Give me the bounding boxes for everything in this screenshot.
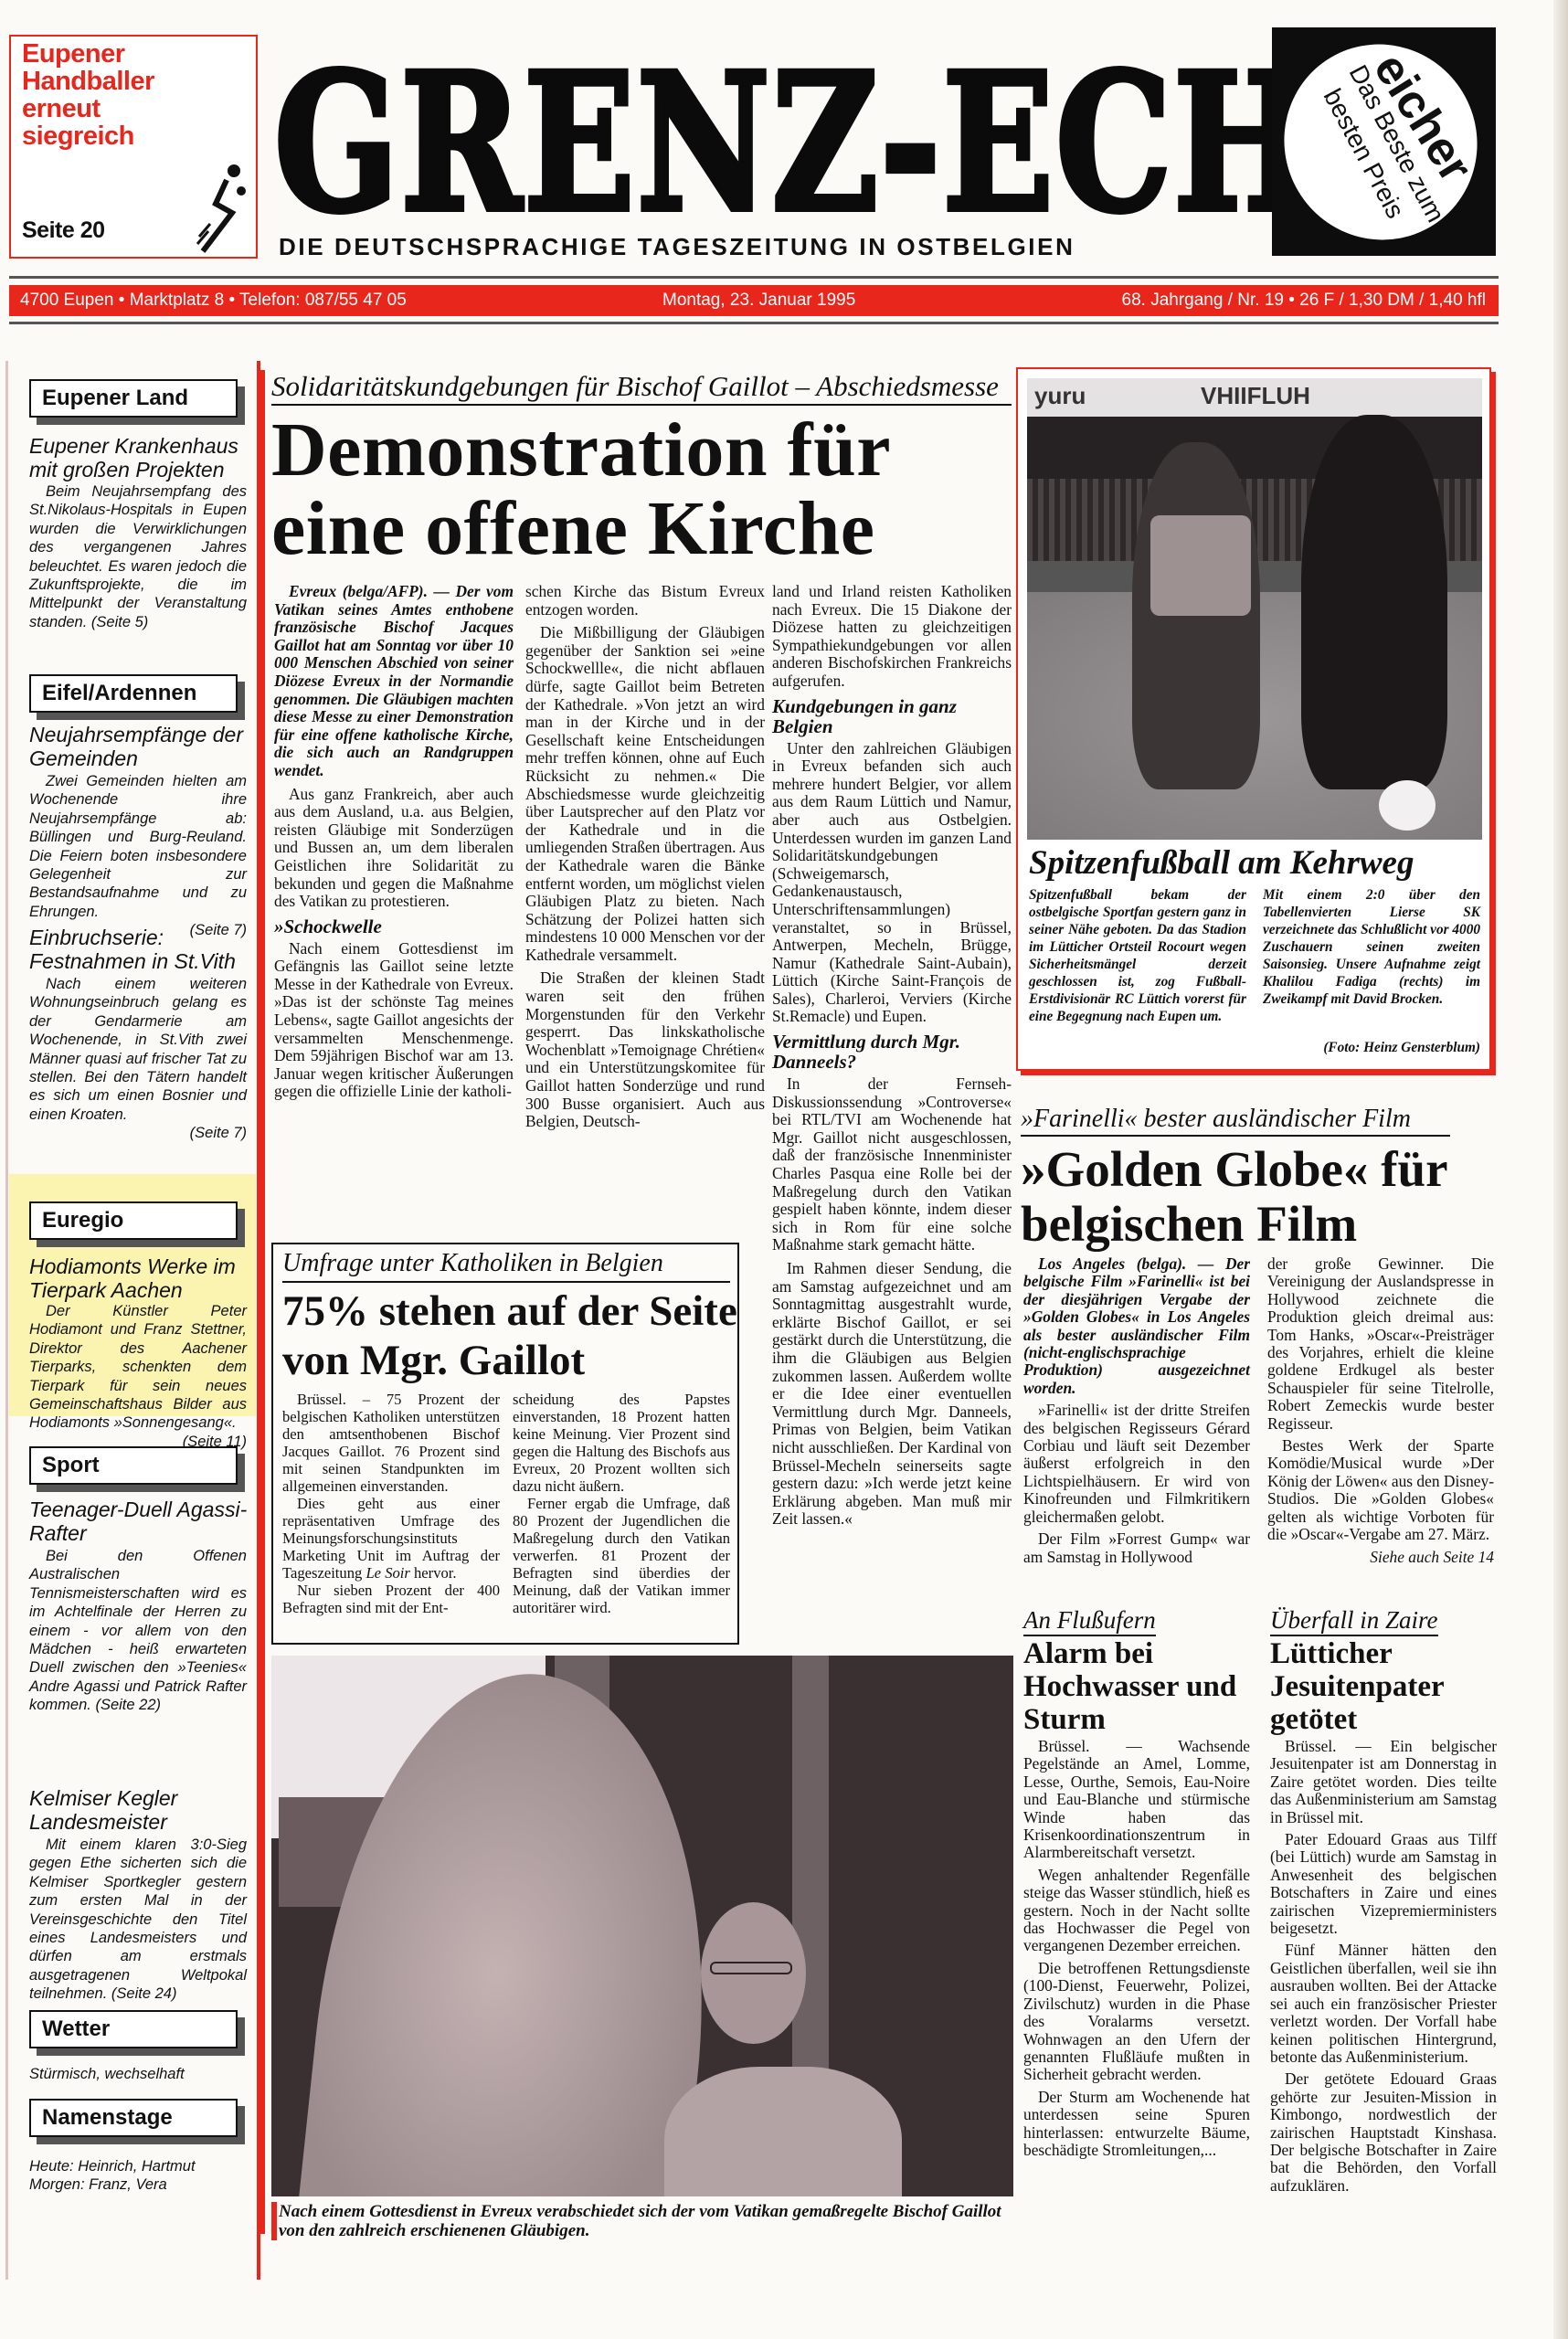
- sidebar-body-text: Zwei Gemeinden hielten am Wochenende ihr…: [29, 773, 247, 920]
- poll-column-1: Brüssel. – 75 Prozent der belgischen Kat…: [282, 1391, 500, 1616]
- sidebar-body-text: Mit einem klaren 3:0-Sieg gegen Ethe sic…: [29, 1836, 247, 2002]
- body-paragraph: Aus ganz Frankreich, aber auch aus dem A…: [274, 786, 514, 911]
- lead-paragraph: Los Angeles (belga). — Der belgische Fil…: [1023, 1255, 1250, 1397]
- body-paragraph: land und Irland reisten Katholiken nach …: [772, 583, 1012, 691]
- teaser-line: Handballer: [22, 68, 205, 95]
- banner-text: VHIIFLUH: [1201, 382, 1310, 410]
- body-paragraph: der große Gewinner. Die Vereinigung der …: [1267, 1255, 1494, 1433]
- poll-story-box: Umfrage unter Katholiken in Belgien 75% …: [271, 1243, 739, 1645]
- teaser-line: Eupener: [22, 40, 205, 68]
- body-paragraph: Im Rahmen dieser Sendung, die am Samstag…: [772, 1260, 1012, 1529]
- photo-credit: (Foto: Heinz Gensterblum): [1263, 1039, 1480, 1056]
- teaser-line: siegreich: [22, 122, 205, 150]
- body-paragraph: Brüssel. — Wachsende Pegelstände an Amel…: [1023, 1738, 1250, 1862]
- issue-date: Montag, 23. Januar 1995: [662, 285, 855, 316]
- handball-teaser-box[interactable]: Eupener Handballer erneut siegreich Seit…: [9, 35, 258, 259]
- divider: [5, 361, 8, 2280]
- sidebar-body: Der Künstler Peter Hodiamont und Franz S…: [29, 1302, 247, 1451]
- body-paragraph: Fünf Männer hätten den Geistlichen überf…: [1270, 1942, 1497, 2066]
- name-day-tomorrow: Morgen: Franz, Vera: [29, 2175, 247, 2194]
- tagline: DIE DEUTSCHSPRACHIGE TAGESZEITUNG IN OST…: [279, 233, 1075, 261]
- photo-caption: Nach einem Gottesdienst in Evreux verabs…: [271, 2202, 1016, 2240]
- body-paragraph: Der Film »Forrest Gump« war am Samstag i…: [1023, 1530, 1250, 1566]
- body-paragraph: Dies geht aus einer repräsentativen Umfr…: [282, 1495, 500, 1582]
- teaser-headline: Eupener Handballer erneut siegreich: [22, 40, 205, 150]
- photo-football: [1379, 780, 1436, 831]
- body-paragraph: Die Straßen der kleinen Stadt waren seit…: [525, 969, 765, 1130]
- lead-paragraph: Evreux (belga/AFP). — Der vom Vatikan se…: [274, 583, 514, 780]
- sidebar-body: Zwei Gemeinden hielten am Wochenende ihr…: [29, 772, 247, 940]
- sidebar-body-text: Beim Neujahrsempfang des St.Nikolaus-Hos…: [29, 483, 247, 630]
- section-eifel-ardennen[interactable]: Eifel/Ardennen: [29, 674, 238, 713]
- photo-banner: yuru VHIIFLUH: [1027, 378, 1482, 417]
- flood-kicker: An Flußufern: [1023, 1605, 1156, 1636]
- body-paragraph: schen Kirche das Bistum Evreux entzogen …: [525, 583, 765, 619]
- section-eupener-land[interactable]: Eupener Land: [29, 379, 238, 418]
- sidebar-body: Bei den Offenen Australischen Tennismeis…: [29, 1547, 247, 1715]
- newspaper-name: Le Soir: [366, 1564, 409, 1582]
- subheading: »Schockwelle: [274, 916, 514, 937]
- poll-kicker: Umfrage unter Katholiken in Belgien: [282, 1246, 730, 1283]
- film-column-2: der große Gewinner. Die Vereinigung der …: [1267, 1255, 1494, 1571]
- body-paragraph: Bestes Werk der Sparte Komödie/Musical w…: [1267, 1437, 1494, 1543]
- zaire-headline[interactable]: Lütticher Jesuitenpater getötet: [1270, 1637, 1508, 1736]
- sidebar-headline[interactable]: Teenager-Duell Agassi-Rafter: [29, 1498, 249, 1545]
- zaire-kicker: Überfall in Zaire: [1270, 1605, 1438, 1636]
- sidebar-headline[interactable]: Eupener Krankenhaus mit großen Projekten: [29, 434, 249, 482]
- sidebar-body: Mit einem klaren 3:0-Sieg gegen Ethe sic…: [29, 1836, 247, 2004]
- page-ref-link[interactable]: (Seite 24): [111, 1985, 177, 2002]
- divider: [9, 322, 1499, 324]
- football-photo-box: yuru VHIIFLUH Spitzenfußball am Kehrweg …: [1016, 367, 1491, 1071]
- divider: [259, 370, 265, 2234]
- body-paragraph: Nach einem Gottesdienst im Gefängnis las…: [274, 940, 514, 1101]
- section-namenstage[interactable]: Namenstage: [29, 2099, 238, 2137]
- photo-player-right: [1301, 415, 1447, 789]
- section-euregio[interactable]: Euregio: [29, 1201, 238, 1240]
- photo-bishop-body: [664, 2067, 902, 2196]
- photo-player-left: [1132, 442, 1260, 789]
- body-paragraph: Ferner ergab die Umfrage, daß 80 Prozent…: [513, 1495, 730, 1616]
- handball-player-icon: [196, 160, 250, 256]
- body-paragraph: In der Fernseh-Diskussionssendung »Contr…: [772, 1075, 1012, 1254]
- lead-column-1: Evreux (belga/AFP). — Der vom Vatikan se…: [274, 583, 514, 1106]
- sidebar-headline[interactable]: Einbruchserie: Festnahmen in St.Vith: [29, 926, 249, 973]
- body-paragraph: scheidung des Papstes einverstanden, 18 …: [513, 1391, 730, 1495]
- bishop-gaillot-photo[interactable]: [271, 1656, 1013, 2196]
- name-days: Heute: Heinrich, Hartmut Morgen: Franz, …: [29, 2157, 247, 2195]
- film-column-1: Los Angeles (belga). — Der belgische Fil…: [1023, 1255, 1250, 1571]
- teaser-line: erneut: [22, 95, 205, 122]
- body-paragraph: Der getötete Edouard Graas gehörte zur J…: [1270, 2070, 1497, 2195]
- body-paragraph: Nur sieben Prozent der 400 Befragten sin…: [282, 1582, 500, 1616]
- football-photo[interactable]: yuru VHIIFLUH: [1027, 378, 1482, 840]
- news-sidebar: Eupener Land Eupener Krankenhaus mit gro…: [0, 361, 265, 2280]
- section-wetter[interactable]: Wetter: [29, 2010, 238, 2048]
- text-run: hervor.: [410, 1564, 457, 1582]
- body-paragraph: Brüssel. – 75 Prozent der belgischen Kat…: [282, 1391, 500, 1495]
- newspaper-logo: GRENZ-ECHO: [274, 37, 1227, 249]
- page-edge: [1553, 0, 1568, 2339]
- sidebar-body: Nach einem weiteren Wohnungseinbruch gel…: [29, 975, 247, 1143]
- banner-text: yuru: [1034, 382, 1086, 410]
- sidebar-headline[interactable]: Hodiamonts Werke im Tierpark Aachen: [29, 1254, 249, 1302]
- lead-kicker: Solidaritätskundgebungen für Bischof Gai…: [271, 369, 1012, 406]
- sidebar-body-text: Nach einem weiteren Wohnungseinbruch gel…: [29, 976, 247, 1123]
- film-kicker: »Farinelli« bester ausländischer Film: [1021, 1104, 1450, 1137]
- poll-headline[interactable]: 75% stehen auf der Seite von Mgr. Gaillo…: [282, 1286, 739, 1385]
- football-caption-col-2: Mit einem 2:0 über den Tabellenvierten L…: [1263, 886, 1480, 1056]
- page-ref-link[interactable]: (Seite 5): [91, 614, 148, 630]
- caption-text: Mit einem 2:0 über den Tabellenvierten L…: [1263, 887, 1480, 1007]
- name-day-today: Heute: Heinrich, Hartmut: [29, 2157, 247, 2175]
- info-bar: 4700 Eupen • Marktplatz 8 • Telefon: 087…: [9, 285, 1499, 316]
- address-phone: 4700 Eupen • Marktplatz 8 • Telefon: 087…: [20, 285, 407, 316]
- divider: [9, 276, 1499, 279]
- subheading: Vermittlung durch Mgr. Danneels?: [772, 1032, 1012, 1072]
- sidebar-headline[interactable]: Neujahrsempfänge der Gemeinden: [29, 723, 249, 770]
- weather-text: Stürmisch, wechselhaft: [29, 2065, 247, 2083]
- sidebar-body-text: Der Künstler Peter Hodiamont und Franz S…: [29, 1303, 247, 1431]
- subheading: Kundgebungen in ganz Belgien: [772, 696, 1012, 736]
- sidebar-body-text: Bei den Offenen Australischen Tennismeis…: [29, 1548, 247, 1713]
- football-photo-title[interactable]: Spitzenfußball am Kehrweg: [1029, 844, 1414, 883]
- body-paragraph: Wegen anhaltender Regenfälle steige das …: [1023, 1867, 1250, 1955]
- body-paragraph: »Farinelli« ist der dritte Streifen des …: [1023, 1402, 1250, 1526]
- lead-headline[interactable]: Demonstration für eine offene Kirche: [271, 411, 1021, 568]
- football-caption-col-1: Spitzenfußball bekam der ostbelgische Sp…: [1029, 886, 1246, 1025]
- body-paragraph: Brüssel. — Ein belgischer Jesuitenpater …: [1270, 1738, 1497, 1826]
- teaser-page-ref: Seite 20: [22, 217, 105, 244]
- flood-body: Brüssel. — Wachsende Pegelstände an Amel…: [1023, 1738, 1250, 2164]
- section-sport[interactable]: Sport: [29, 1446, 238, 1485]
- eicher-ad[interactable]: eicher Das Beste zum besten Preis: [1272, 27, 1496, 256]
- see-also-link[interactable]: Siehe auch Seite 14: [1267, 1549, 1494, 1566]
- body-paragraph: Die betroffenen Rettungsdienste (100-Die…: [1023, 1960, 1250, 2084]
- flood-headline[interactable]: Alarm bei Hochwasser und Sturm: [1023, 1637, 1261, 1736]
- page-ref-link[interactable]: (Seite 7): [29, 1124, 247, 1142]
- body-paragraph: Unter den zahlreichen Gläubigen in Evreu…: [772, 740, 1012, 1027]
- lead-column-2: schen Kirche das Bistum Evreux entzogen …: [525, 583, 765, 1137]
- body-paragraph: Pater Edouard Graas aus Tilff (bei Lütti…: [1270, 1831, 1497, 1937]
- photo-glasses: [710, 1962, 792, 1974]
- zaire-body: Brüssel. — Ein belgischer Jesuitenpater …: [1270, 1738, 1497, 2199]
- body-paragraph: Der Sturm am Wochenende hat unterdessen …: [1023, 2089, 1250, 2160]
- poll-column-2: scheidung des Papstes einverstanden, 18 …: [513, 1391, 730, 1616]
- photo-player-shirt: [1150, 515, 1251, 616]
- page-ref-link[interactable]: (Seite 22): [95, 1697, 161, 1713]
- lead-column-3: land und Irland reisten Katholiken nach …: [772, 583, 1012, 1534]
- body-paragraph: Die Mißbilligung der Gläubigen gegenüber…: [525, 624, 765, 964]
- film-headline[interactable]: »Golden Globe« für belgischen Film: [1021, 1142, 1496, 1252]
- sidebar-headline[interactable]: Kelmiser Kegler Landesmeister: [29, 1786, 249, 1834]
- sidebar-body: Beim Neujahrsempfang des St.Nikolaus-Hos…: [29, 482, 247, 631]
- issue-number-price: 68. Jahrgang / Nr. 19 • 26 F / 1,30 DM /…: [1122, 285, 1486, 316]
